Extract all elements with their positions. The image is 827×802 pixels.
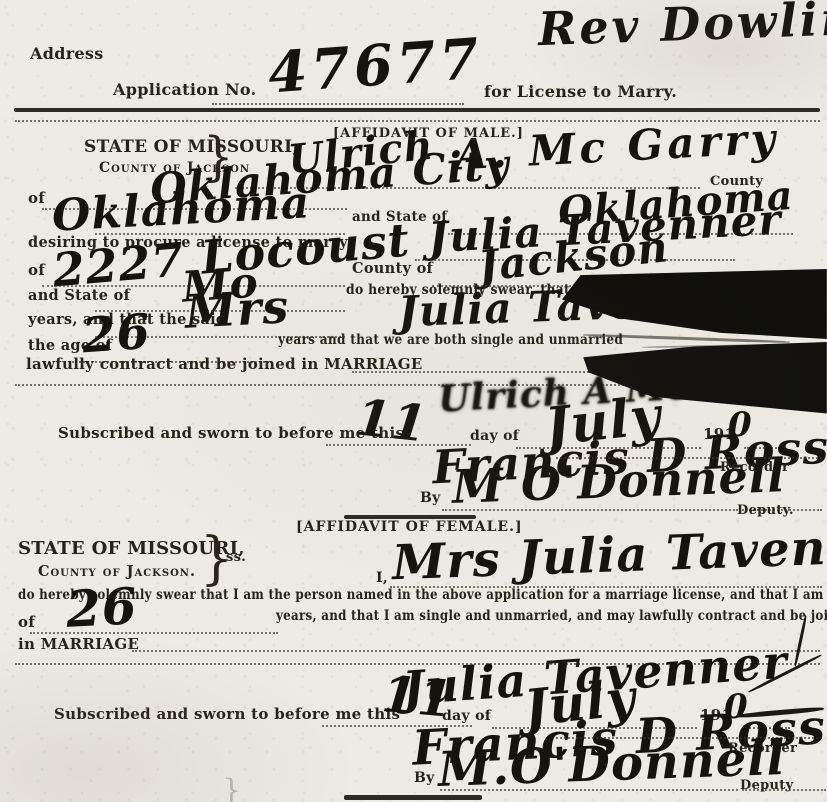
address-label: Address <box>30 46 104 62</box>
ink-stain <box>562 266 827 418</box>
rule-line <box>344 795 482 800</box>
dotted-line <box>212 103 464 105</box>
female-subscribed-label: Subscribed and sworn to before me this <box>54 707 400 722</box>
lawfully-label: lawfully contract and be joined in MARRI… <box>26 357 423 372</box>
female-of-label: of <box>18 615 35 630</box>
groom-age-hw: 26 <box>80 308 152 361</box>
female-deputy-signature-hw: M.O'Donnell <box>437 734 786 794</box>
male-deputy-label: Deputy. <box>737 504 794 517</box>
ss-label: ss. <box>226 551 246 564</box>
of-label-2: of <box>28 263 45 278</box>
female-swear-line: do hereby solemnly swear that I am the p… <box>18 589 827 603</box>
male-state-label: STATE OF MISSOURI, <box>84 139 299 156</box>
county-of-label: County of <box>352 262 433 277</box>
and-state-of-label-2: and State of <box>28 289 130 304</box>
female-deputy-label: Deputy <box>740 779 793 792</box>
license-to-marry-label: for License to Marry. <box>484 84 677 100</box>
male-day-hw: 11 <box>354 392 430 449</box>
female-years-line: years, and that I am single and unmarrie… <box>276 610 827 624</box>
bride-title-hw: Mrs <box>184 283 290 334</box>
marriage-application-scan: Rev Dowling Address Application No. 4767… <box>0 0 827 802</box>
bride-age-hw: 26 <box>65 581 139 635</box>
of-label-1: of <box>28 191 45 206</box>
application-no-value: 47677 <box>266 31 484 102</box>
male-deputy-signature-hw: M O'Donnell <box>451 452 786 510</box>
application-no-label: Application No. <box>113 82 256 98</box>
dotted-line <box>440 789 738 791</box>
dotted-line <box>442 509 738 511</box>
ink-stain-streak <box>583 334 790 344</box>
rule-line <box>14 108 820 112</box>
faint-next-section-brace: } <box>222 776 241 802</box>
in-marriage-label: in MARRIAGE <box>18 637 139 652</box>
female-by-label: By <box>414 771 435 785</box>
male-by-label: By <box>420 491 441 505</box>
dotted-line <box>30 632 278 634</box>
female-month-hw: July <box>522 672 639 733</box>
male-subscribed-label: Subscribed and sworn to before me this <box>58 426 404 441</box>
officiant-signature: Rev Dowling <box>537 0 827 52</box>
i-label: I, <box>376 571 388 585</box>
